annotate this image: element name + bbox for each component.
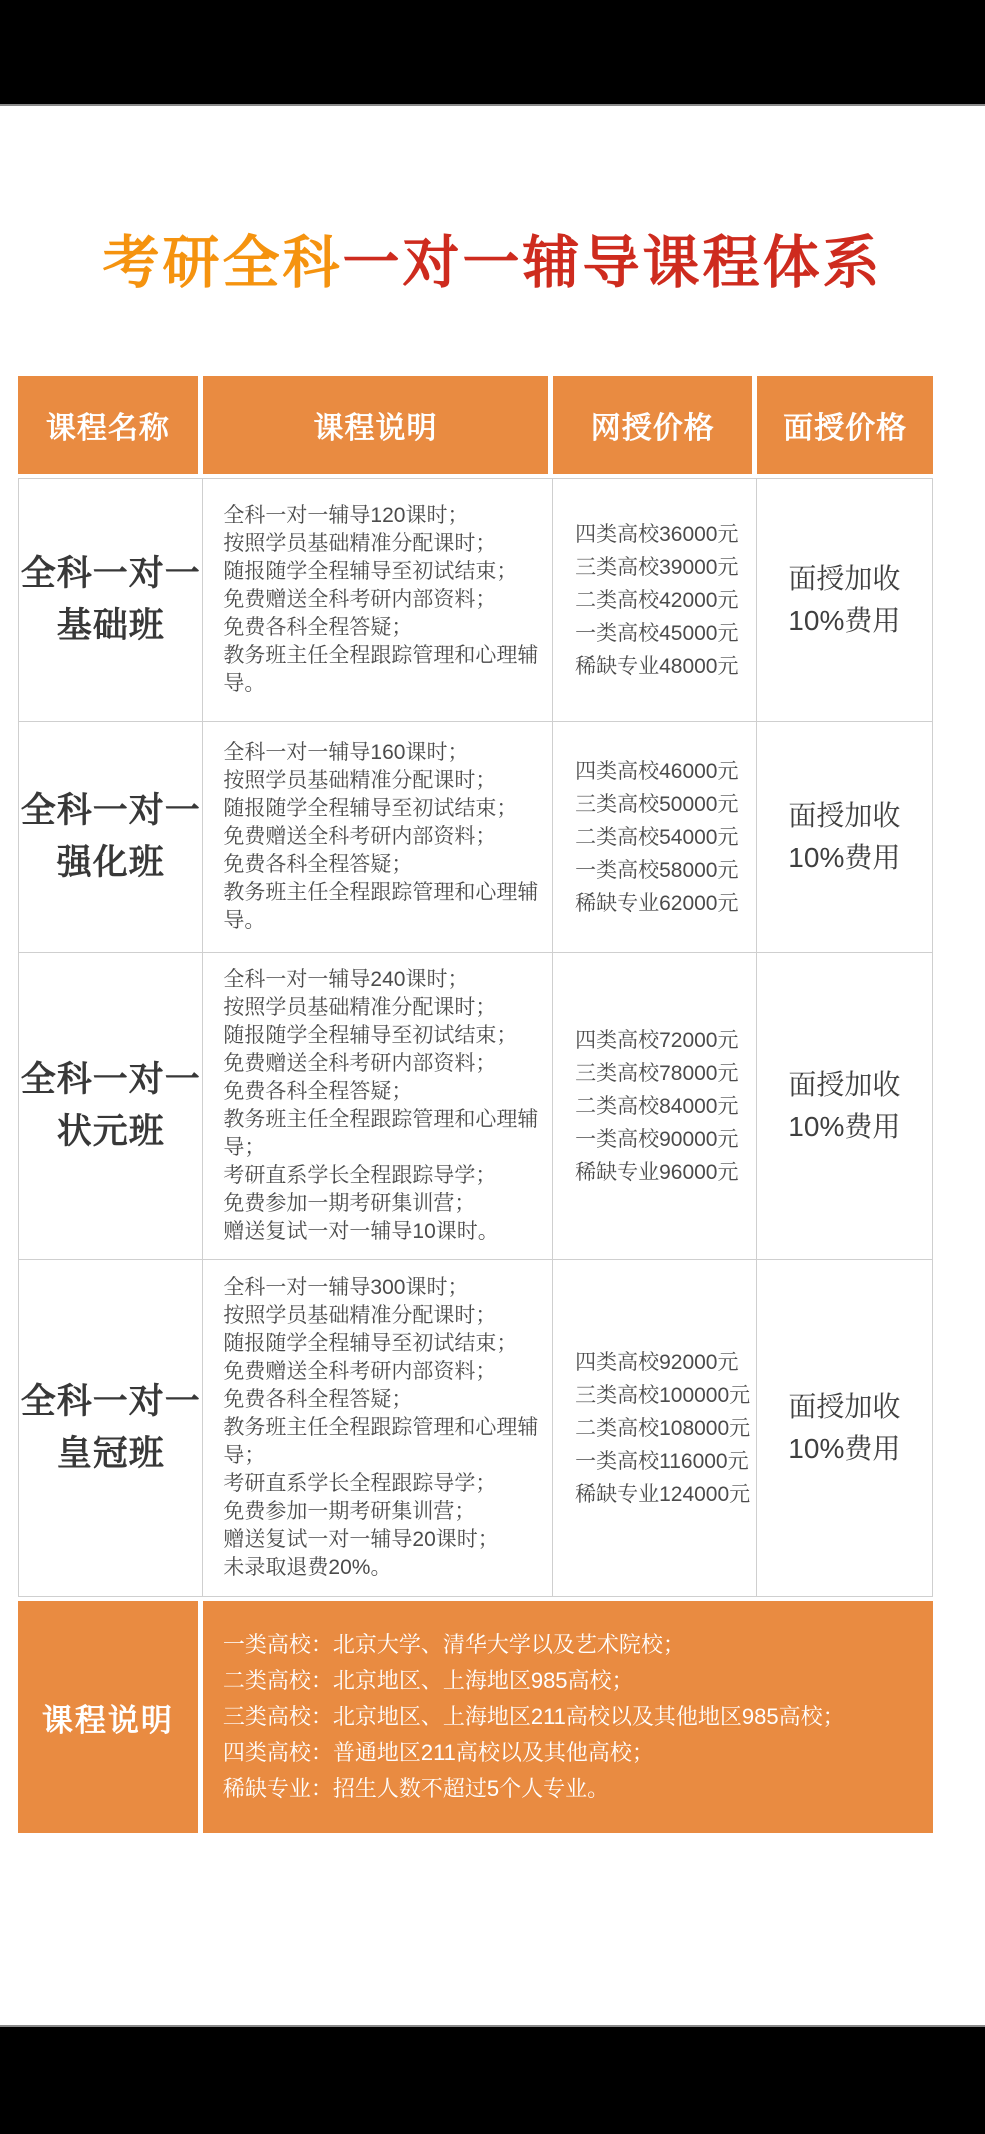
offline-price: 面授加收 10%费用 — [757, 479, 932, 721]
page-title: 考研全科一对一辅导课程体系 — [0, 106, 985, 304]
course-name: 全科一对一 基础班 — [19, 479, 203, 721]
header-course-name: 课程名称 — [18, 376, 203, 474]
title-highlight: 考研全科 — [103, 231, 343, 295]
header-course-description: 课程说明 — [203, 376, 553, 474]
screenshot-root: 考研全科一对一辅导课程体系 课程名称 课程说明 网授价格 面授价格 全科一对一 … — [0, 0, 985, 2025]
offline-price: 面授加收 10%费用 — [757, 722, 932, 952]
table-row-intensive: 全科一对一 强化班 全科一对一辅导160课时； 按照学员基础精准分配课时； 随报… — [19, 721, 932, 952]
course-description: 全科一对一辅导120课时； 按照学员基础精准分配课时； 随报随学全程辅导至初试结… — [203, 479, 553, 721]
table-row-basic: 全科一对一 基础班 全科一对一辅导120课时； 按照学员基础精准分配课时； 随报… — [19, 479, 932, 721]
header-offline-price: 面授价格 — [757, 376, 933, 474]
course-name: 全科一对一 状元班 — [19, 953, 203, 1259]
table-row-champion: 全科一对一 状元班 全科一对一辅导240课时； 按照学员基础精准分配课时； 随报… — [19, 952, 932, 1259]
online-price-list: 四类高校46000元 三类高校50000元 二类高校54000元 一类高校580… — [553, 722, 757, 952]
online-price-list: 四类高校36000元 三类高校39000元 二类高校42000元 一类高校450… — [553, 479, 757, 721]
course-description: 全科一对一辅导160课时； 按照学员基础精准分配课时； 随报随学全程辅导至初试结… — [203, 722, 553, 952]
online-price-list: 四类高校92000元 三类高校100000元 二类高校108000元 一类高校1… — [553, 1260, 757, 1596]
course-table: 课程名称 课程说明 网授价格 面授价格 全科一对一 基础班 全科一对一辅导120… — [18, 376, 933, 1833]
course-description: 全科一对一辅导300课时； 按照学员基础精准分配课时； 随报随学全程辅导至初试结… — [203, 1260, 553, 1596]
letterbox-bottom — [0, 2025, 985, 2134]
header-online-price: 网授价格 — [553, 376, 757, 474]
table-body: 全科一对一 基础班 全科一对一辅导120课时； 按照学员基础精准分配课时； 随报… — [18, 478, 933, 1597]
online-price-list: 四类高校72000元 三类高校78000元 二类高校84000元 一类高校900… — [553, 953, 757, 1259]
offline-price: 面授加收 10%费用 — [757, 953, 932, 1259]
title-rest: 一对一辅导课程体系 — [343, 231, 883, 295]
footer-notes: 一类高校：北京大学、清华大学以及艺术院校； 二类高校：北京地区、上海地区985高… — [203, 1601, 933, 1833]
letterbox-top — [0, 0, 985, 106]
table-row-crown: 全科一对一 皇冠班 全科一对一辅导300课时； 按照学员基础精准分配课时； 随报… — [19, 1259, 932, 1596]
course-name: 全科一对一 强化班 — [19, 722, 203, 952]
course-description: 全科一对一辅导240课时； 按照学员基础精准分配课时； 随报随学全程辅导至初试结… — [203, 953, 553, 1259]
course-name: 全科一对一 皇冠班 — [19, 1260, 203, 1596]
page-content: 考研全科一对一辅导课程体系 课程名称 课程说明 网授价格 面授价格 全科一对一 … — [0, 106, 985, 2025]
offline-price: 面授加收 10%费用 — [757, 1260, 932, 1596]
table-footer: 课程说明 一类高校：北京大学、清华大学以及艺术院校； 二类高校：北京地区、上海地… — [18, 1601, 933, 1833]
footer-label: 课程说明 — [18, 1601, 203, 1833]
table-header-row: 课程名称 课程说明 网授价格 面授价格 — [18, 376, 933, 474]
